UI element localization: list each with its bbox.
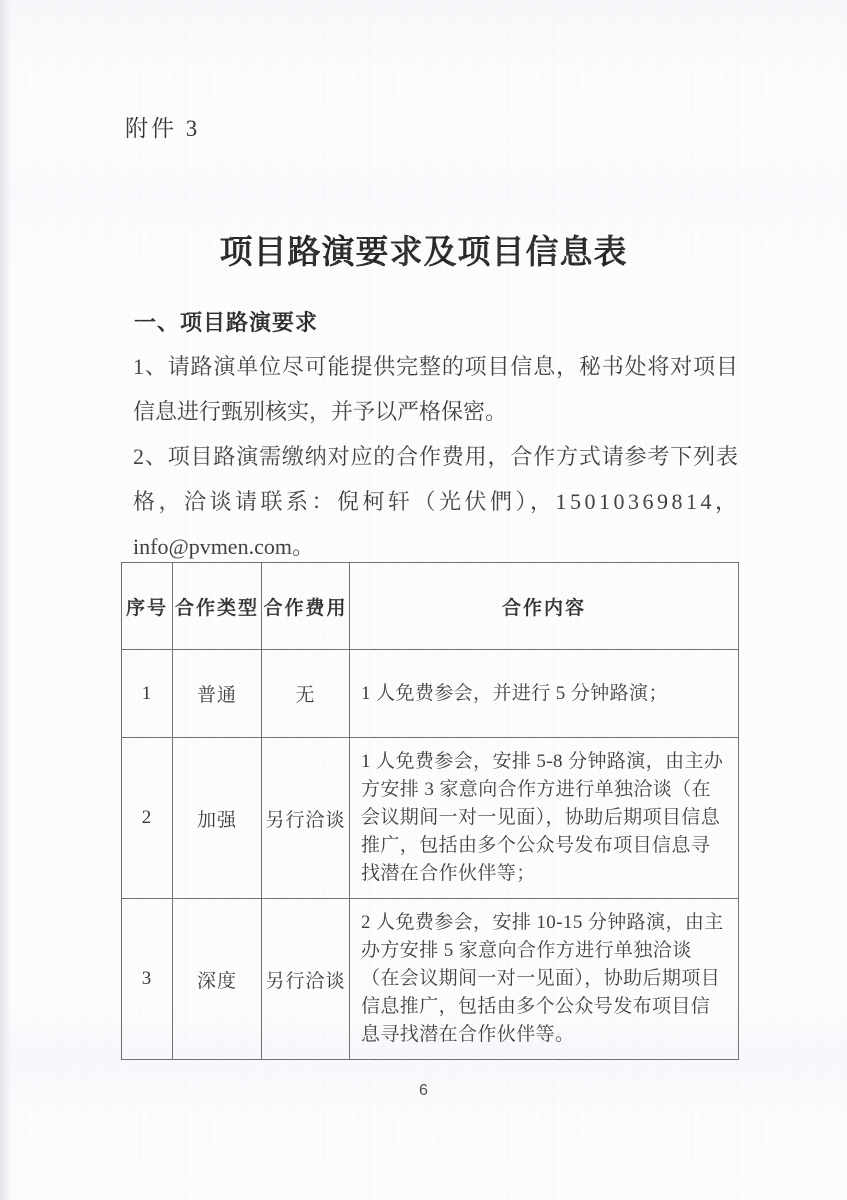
paragraph-line: 1、请路演单位尽可能提供完整的项目信息，秘书处将对项目 [133,344,738,389]
table-row: 2 加强 另行洽谈 1 人免费参会，安排 5-8 分钟路演，由主办方安排 3 家… [122,738,739,899]
paragraph-line: 信息进行甄别核实，并予以严格保密。 [133,389,738,434]
scanned-document-page: 附件 3 项目路演要求及项目信息表 一、项目路演要求 1、请路演单位尽可能提供完… [0,0,847,1200]
paragraph-line: 格，洽谈请联系：倪柯轩（光伏們），15010369814， [133,479,738,524]
cell-coop-fee: 另行洽谈 [262,738,350,899]
page-number: 6 [0,1082,847,1100]
cell-coop-type: 普通 [173,650,262,738]
column-header-fee: 合作费用 [262,563,350,650]
column-header-content: 合作内容 [350,563,739,650]
table-row: 3 深度 另行洽谈 2 人免费参会，安排 10-15 分钟路演，由主办方安排 5… [122,899,739,1060]
section-heading: 一、项目路演要求 [134,306,318,337]
scan-left-edge-shadow [0,0,11,1200]
cell-coop-type: 深度 [173,899,262,1060]
cell-coop-content: 2 人免费参会，安排 10-15 分钟路演，由主办方安排 5 家意向合作方进行单… [350,899,739,1060]
cell-row-no: 3 [122,899,173,1060]
cooperation-table: 序号 合作类型 合作费用 合作内容 1 普通 无 1 人免费参会，并进行 5 分… [121,562,739,1060]
column-header-no: 序号 [122,563,173,650]
cell-coop-type: 加强 [173,738,262,899]
cell-coop-content: 1 人免费参会，安排 5-8 分钟路演，由主办方安排 3 家意向合作方进行单独洽… [350,738,739,899]
body-text-block: 1、请路演单位尽可能提供完整的项目信息，秘书处将对项目 信息进行甄别核实，并予以… [133,344,738,569]
attachment-label: 附件 3 [125,110,200,143]
cell-coop-fee: 另行洽谈 [262,899,350,1060]
page-title: 项目路演要求及项目信息表 [0,226,847,273]
table-header-row: 序号 合作类型 合作费用 合作内容 [122,563,739,650]
cell-row-no: 1 [122,650,173,738]
cell-row-no: 2 [122,738,173,899]
table-row: 1 普通 无 1 人免费参会，并进行 5 分钟路演； [122,650,739,738]
cell-coop-content: 1 人免费参会，并进行 5 分钟路演； [350,650,739,738]
cell-coop-fee: 无 [262,650,350,738]
column-header-type: 合作类型 [173,563,262,650]
paragraph-line: 2、项目路演需缴纳对应的合作费用，合作方式请参考下列表 [133,434,738,479]
